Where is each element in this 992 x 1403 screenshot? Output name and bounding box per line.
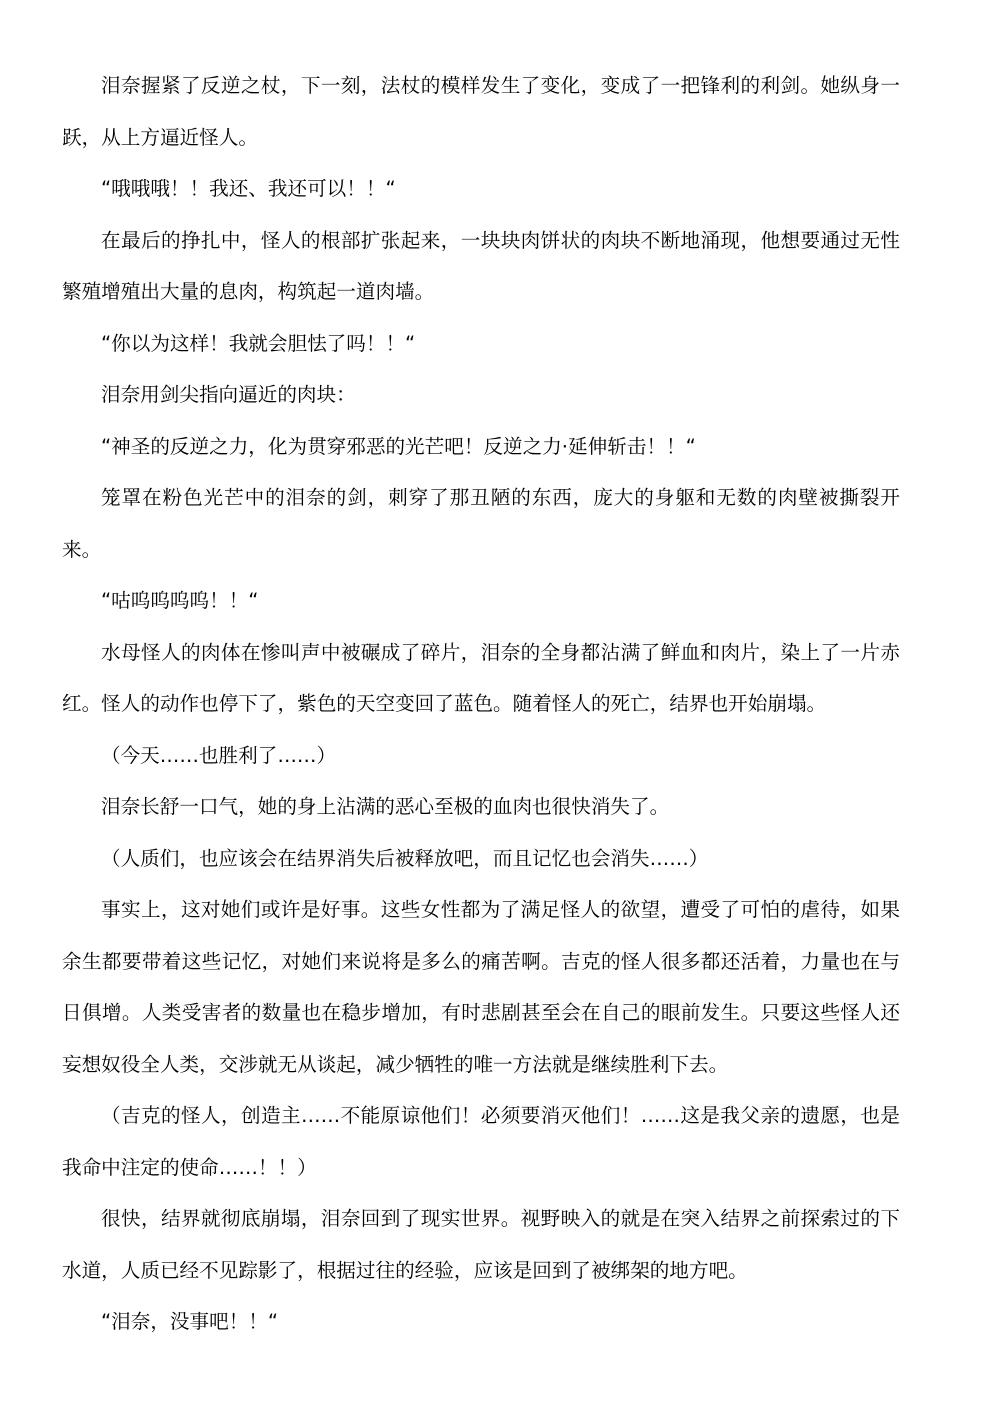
paragraph-rena-retort: “你以为这样！我就会胆怯了吗！！“ [62,318,900,370]
paragraph-point-sword: 泪奈用剑尖指向逼近的肉块： [62,369,900,421]
paragraph-flesh-wall: 在最后的挣扎中，怪人的根部扩张起来，一块块肉饼状的肉块不断地涌现，他想要通过无性… [62,215,900,318]
paragraph-sigh: 泪奈长舒一口气，她的身上沾满的恶心至极的血肉也很快消失了。 [62,781,900,833]
paragraph-thought-hostages: （人质们，也应该会在结界消失后被释放吧，而且记忆也会消失……） [62,833,900,885]
document-page: 泪奈握紧了反逆之杖，下一刻，法杖的模样发生了变化，变成了一把锋利的利剑。她纵身一… [62,60,900,1348]
paragraph-sword-pierce: 笼罩在粉色光芒中的泪奈的剑，刺穿了那丑陋的东西，庞大的身躯和无数的肉壁被撕裂开来… [62,472,900,575]
paragraph-monster-shout: “哦哦哦！！我还、我还可以！！“ [62,163,900,215]
paragraph-transform-sword: 泪奈握紧了反逆之杖，下一刻，法杖的模样发生了变化，变成了一把锋利的利剑。她纵身一… [62,60,900,163]
paragraph-monster-scream: “咕呜呜呜呜！！“ [62,575,900,627]
paragraph-call-out: “泪奈，没事吧！！“ [62,1296,900,1348]
paragraph-thought-victory: （今天……也胜利了……） [62,730,900,782]
paragraph-monster-destroyed: 水母怪人的肉体在惨叫声中被碾成了碎片，泪奈的全身都沾满了鲜血和肉片，染上了一片赤… [62,627,900,730]
paragraph-reflection: 事实上，这对她们或许是好事。这些女性都为了满足怪人的欲望，遭受了可怕的虐待，如果… [62,884,900,1090]
paragraph-return-reality: 很快，结界就彻底崩塌，泪奈回到了现实世界。视野映入的就是在突入结界之前探索过的下… [62,1193,900,1296]
paragraph-attack-chant: “神圣的反逆之力，化为贯穿邪恶的光芒吧！反逆之力·延伸斩击！！“ [62,421,900,473]
paragraph-thought-mission: （吉克的怪人，创造主……不能原谅他们！必须要消灭他们！……这是我父亲的遗愿，也是… [62,1090,900,1193]
